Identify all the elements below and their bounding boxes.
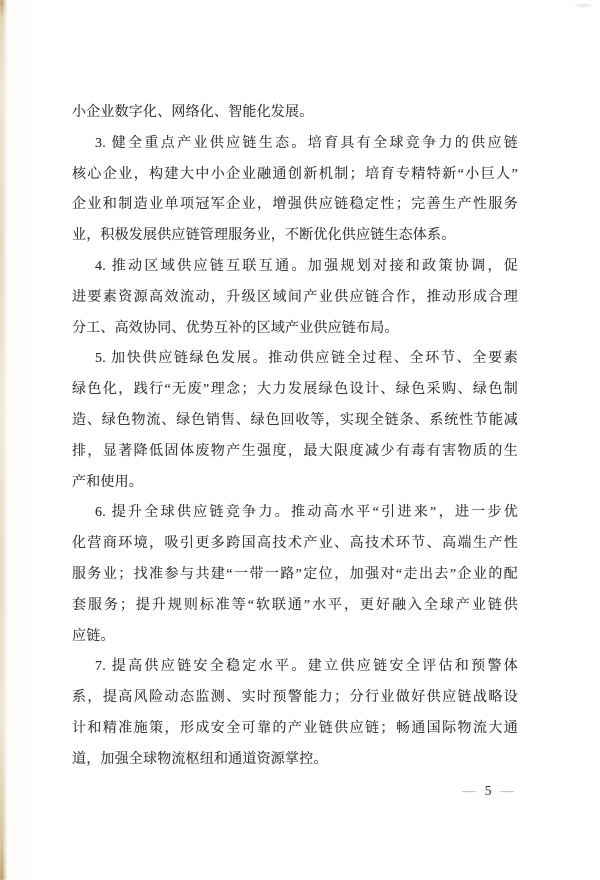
scan-smudge-artifact: [569, 2, 597, 9]
text-line: 核心企业，构建大中小企业融通创新机制；培育专精特新“小巨人”: [72, 160, 518, 191]
text-line: 绿色化，践行“无废”理念；大力发展绿色设计、绿色采购、绿色制: [72, 375, 518, 406]
text-line: 3. 健全重点产业供应链生态。培育具有全球竞争力的供应链: [72, 129, 518, 160]
page-number-dash-left: —: [462, 783, 476, 798]
text-line: 分工、高效协同、优势互补的区域产业供应链布局。: [72, 314, 518, 345]
page-number-value: 5: [485, 782, 492, 800]
text-line: 6. 提升全球供应链竞争力。推动高水平“引进来”，进一步优: [72, 498, 518, 529]
text-line: 计和精准施策，形成安全可靠的产业链供应链；畅通国际物流大通: [72, 714, 518, 745]
text-line: 4. 推动区域供应链互联互通。加强规划对接和政策协调，促: [72, 252, 518, 283]
page-number-dash-right: —: [501, 783, 515, 798]
text-line: 道，加强全球物流枢纽和通道资源掌控。: [72, 745, 518, 776]
text-line: 排，显著降低固体废物产生强度，最大限度减少有毒有害物质的生: [72, 437, 518, 468]
document-page: 小企业数字化、网络化、智能化发展。 3. 健全重点产业供应链生态。培育具有全球竞…: [0, 0, 600, 880]
text-line: 系，提高风险动态监测、实时预警能力；分行业做好供应链战略设: [72, 683, 518, 714]
text-line: 服务业；找准参与共建“一带一路”定位，加强对“走出去”企业的配: [72, 560, 518, 591]
text-line: 化营商环境，吸引更多跨国高技术产业、高技术环节、高端生产性: [72, 529, 518, 560]
text-line: 企业和制造业单项冠军企业，增强供应链稳定性；完善生产性服务: [72, 190, 518, 221]
text-line: 造、绿色物流、绿色销售、绿色回收等，实现全链条、系统性节能减: [72, 406, 518, 437]
text-line: 产和使用。: [72, 468, 518, 499]
text-line: 进要素资源高效流动，升级区域间产业供应链合作，推动形成合理: [72, 283, 518, 314]
page-number: — 5 —: [462, 782, 514, 800]
text-line: 应链。: [72, 622, 518, 653]
text-line: 小企业数字化、网络化、智能化发展。: [72, 98, 518, 129]
text-line: 7. 提高供应链安全稳定水平。建立供应链安全评估和预警体: [72, 652, 518, 683]
document-body: 小企业数字化、网络化、智能化发展。 3. 健全重点产业供应链生态。培育具有全球竞…: [72, 98, 518, 776]
text-line: 套服务；提升规则标准等“软联通”水平，更好融入全球产业链供: [72, 591, 518, 622]
text-line: 业，积极发展供应链管理服务业，不断优化供应链生态体系。: [72, 221, 518, 252]
text-line: 5. 加快供应链绿色发展。推动供应链全过程、全环节、全要素: [72, 344, 518, 375]
scan-edge-artifact: [0, 0, 7, 880]
